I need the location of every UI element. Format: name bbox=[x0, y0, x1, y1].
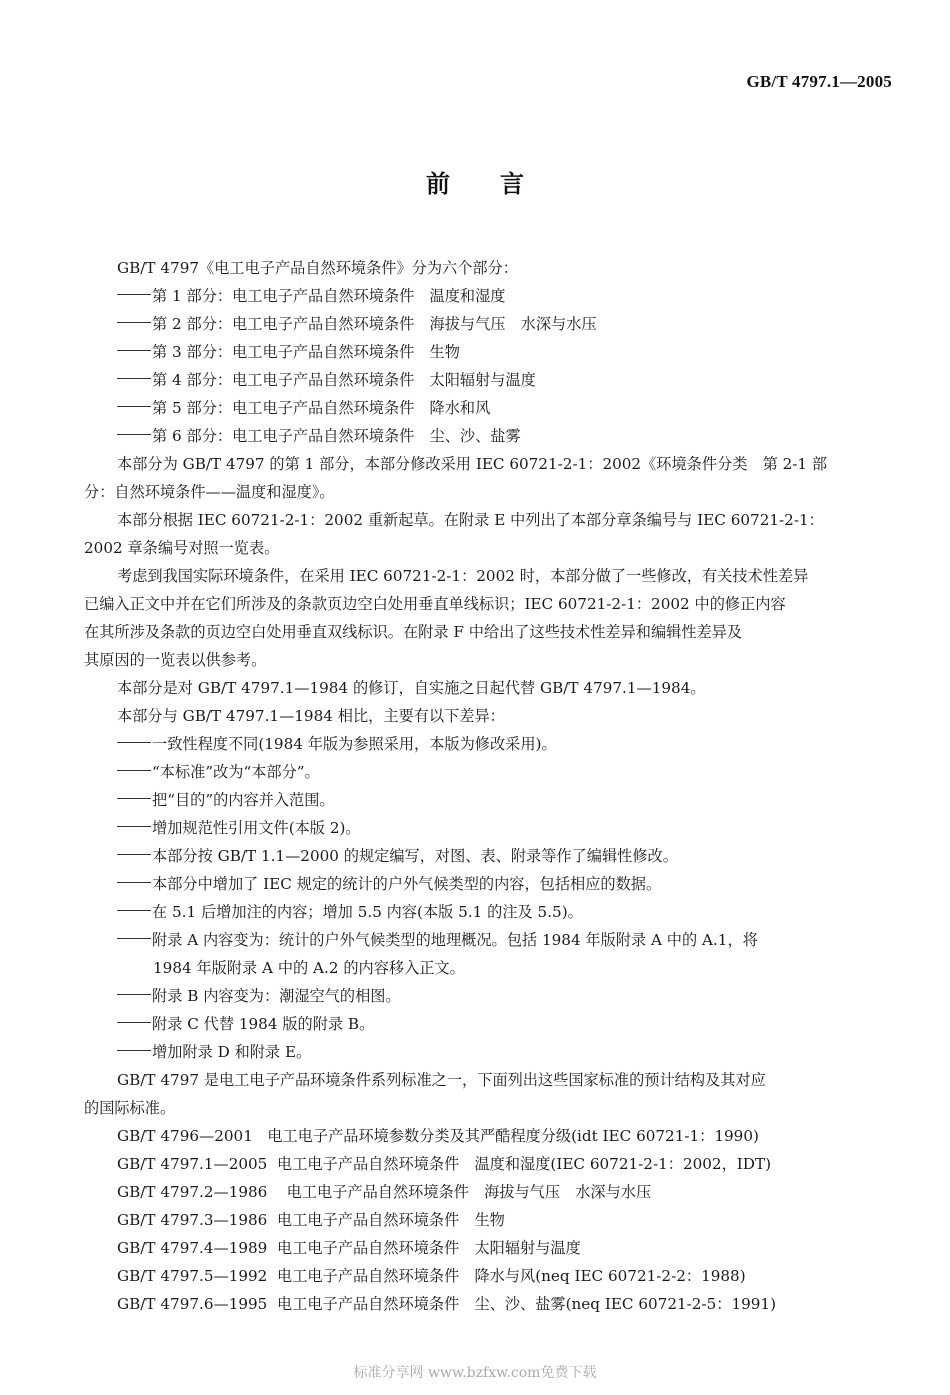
difference-item: “本标准”改为“本部分”。 bbox=[84, 758, 896, 786]
part-list-item: 第 1 部分：电工电子产品自然环境条件 温度和湿度 bbox=[84, 282, 896, 310]
paragraph-redraft: 本部分根据 IEC 60721-2-1：2002 重新起草。在附录 E 中列出了… bbox=[84, 506, 896, 534]
em-dash bbox=[117, 798, 151, 799]
paragraph-modifications-cont: 其原因的一览表以供参考。 bbox=[84, 646, 896, 674]
standard-code: GB/T 4796—2001 bbox=[117, 1122, 253, 1150]
standard-code-header: GB/T 4797.1—2005 bbox=[746, 72, 892, 92]
paragraph-modifications-cont: 已编入正文中并在它们所涉及的条款页边空白处用垂直单线标识；IEC 60721-2… bbox=[84, 590, 896, 618]
standard-reference: GB/T 4797.4—1989 电工电子产品自然环境条件 太阳辐射与温度 bbox=[84, 1234, 896, 1262]
foreword-body: GB/T 4797《电工电子产品自然环境条件》分为六个部分： 第 1 部分：电工… bbox=[84, 254, 896, 1318]
part-list-item: 第 5 部分：电工电子产品自然环境条件 降水和风 bbox=[84, 394, 896, 422]
em-dash bbox=[117, 910, 151, 911]
standard-title: 电工电子产品自然环境条件 生物 bbox=[277, 1206, 505, 1234]
standard-title: 电工电子产品自然环境条件 温度和湿度(IEC 60721-2-1：2002，ID… bbox=[277, 1150, 771, 1178]
standard-reference: GB/T 4797.1—2005 电工电子产品自然环境条件 温度和湿度(IEC … bbox=[84, 1150, 896, 1178]
part-list-item: 第 3 部分：电工电子产品自然环境条件 生物 bbox=[84, 338, 896, 366]
difference-item: 本部分按 GB/T 1.1—2000 的规定编写，对图、表、附录等作了编辑性修改… bbox=[84, 842, 896, 870]
standard-reference: GB/T 4797.6—1995 电工电子产品自然环境条件 尘、沙、盐雾(neq… bbox=[84, 1290, 896, 1318]
em-dash bbox=[117, 350, 151, 351]
paragraph-redraft-cont: 2002 章条编号对照一览表。 bbox=[84, 534, 896, 562]
standard-code: GB/T 4797.3—1986 bbox=[117, 1206, 267, 1234]
difference-item: 附录 C 代替 1984 版的附录 B。 bbox=[84, 1010, 896, 1038]
difference-item: 一致性程度不同(1984 年版为参照采用，本版为修改采用)。 bbox=[84, 730, 896, 758]
paragraph-modifications-cont: 在其所涉及条款的页边空白处用垂直双线标识。在附录 F 中给出了这些技术性差异和编… bbox=[84, 618, 896, 646]
paragraph-adoption-cont: 分：自然环境条件——温度和湿度》。 bbox=[84, 478, 896, 506]
em-dash bbox=[117, 1022, 151, 1023]
em-dash bbox=[117, 854, 151, 855]
page-title: 前言 bbox=[0, 164, 950, 199]
difference-item-cont: 1984 年版附录 A 中的 A.2 的内容移入正文。 bbox=[84, 954, 896, 982]
intro-line: GB/T 4797《电工电子产品自然环境条件》分为六个部分： bbox=[84, 254, 896, 282]
paragraph-differences-intro: 本部分与 GB/T 4797.1—1984 相比，主要有以下差异： bbox=[84, 702, 896, 730]
difference-item: 附录 B 内容变为：潮湿空气的相图。 bbox=[84, 982, 896, 1010]
em-dash bbox=[117, 406, 151, 407]
footer-watermark: 标准分享网 www.bzfxw.com免费下载 bbox=[0, 1362, 950, 1382]
standard-reference: GB/T 4797.3—1986 电工电子产品自然环境条件 生物 bbox=[84, 1206, 896, 1234]
standard-code: GB/T 4797.6—1995 bbox=[117, 1290, 267, 1318]
em-dash bbox=[117, 770, 151, 771]
standard-reference: GB/T 4796—2001 电工电子产品环境参数分类及其严酷程度分级(idt … bbox=[84, 1122, 896, 1150]
difference-item: 把“目的”的内容并入范围。 bbox=[84, 786, 896, 814]
em-dash bbox=[117, 994, 151, 995]
paragraph-revision: 本部分是对 GB/T 4797.1—1984 的修订，自实施之日起代替 GB/T… bbox=[84, 674, 896, 702]
em-dash bbox=[117, 378, 151, 379]
paragraph-series: GB/T 4797 是电工电子产品环境条件系列标准之一，下面列出这些国家标准的预… bbox=[84, 1066, 896, 1094]
em-dash bbox=[117, 938, 151, 939]
standard-title: 电工电子产品环境参数分类及其严酷程度分级(idt IEC 60721-1：199… bbox=[267, 1122, 759, 1150]
em-dash bbox=[117, 826, 151, 827]
em-dash bbox=[117, 742, 151, 743]
paragraph-modifications: 考虑到我国实际环境条件，在采用 IEC 60721-2-1：2002 时，本部分… bbox=[84, 562, 896, 590]
em-dash bbox=[117, 322, 151, 323]
part-list-item: 第 4 部分：电工电子产品自然环境条件 太阳辐射与温度 bbox=[84, 366, 896, 394]
standard-code: GB/T 4797.5—1992 bbox=[117, 1262, 267, 1290]
standard-title: 电工电子产品自然环境条件 降水与风(neq IEC 60721-2-2：1988… bbox=[277, 1262, 746, 1290]
standard-title: 电工电子产品自然环境条件 太阳辐射与温度 bbox=[277, 1234, 581, 1262]
part-list-item: 第 2 部分：电工电子产品自然环境条件 海拔与气压 水深与水压 bbox=[84, 310, 896, 338]
difference-item: 本部分中增加了 IEC 规定的统计的户外气候类型的内容，包括相应的数据。 bbox=[84, 870, 896, 898]
em-dash bbox=[117, 1050, 151, 1051]
paragraph-series-cont: 的国际标准。 bbox=[84, 1094, 896, 1122]
em-dash bbox=[117, 882, 151, 883]
standard-code: GB/T 4797.1—2005 bbox=[117, 1150, 267, 1178]
difference-item: 增加附录 D 和附录 E。 bbox=[84, 1038, 896, 1066]
difference-item: 在 5.1 后增加注的内容；增加 5.5 内容(本版 5.1 的注及 5.5)。 bbox=[84, 898, 896, 926]
standard-title: 电工电子产品自然环境条件 尘、沙、盐雾(neq IEC 60721-2-5：19… bbox=[277, 1290, 776, 1318]
difference-item: 增加规范性引用文件(本版 2)。 bbox=[84, 814, 896, 842]
em-dash bbox=[117, 434, 151, 435]
standard-reference: GB/T 4797.2—1986 电工电子产品自然环境条件 海拔与气压 水深与水… bbox=[84, 1178, 896, 1206]
standard-reference: GB/T 4797.5—1992 电工电子产品自然环境条件 降水与风(neq I… bbox=[84, 1262, 896, 1290]
standard-title: 电工电子产品自然环境条件 海拔与气压 水深与水压 bbox=[287, 1178, 652, 1206]
standard-code: GB/T 4797.2—1986 bbox=[117, 1178, 267, 1206]
em-dash bbox=[117, 294, 151, 295]
standard-code: GB/T 4797.4—1989 bbox=[117, 1234, 267, 1262]
difference-item: 附录 A 内容变为：统计的户外气候类型的地理概况。包括 1984 年版附录 A … bbox=[84, 926, 896, 954]
part-list-item: 第 6 部分：电工电子产品自然环境条件 尘、沙、盐雾 bbox=[84, 422, 896, 450]
paragraph-adoption: 本部分为 GB/T 4797 的第 1 部分，本部分修改采用 IEC 60721… bbox=[84, 450, 896, 478]
